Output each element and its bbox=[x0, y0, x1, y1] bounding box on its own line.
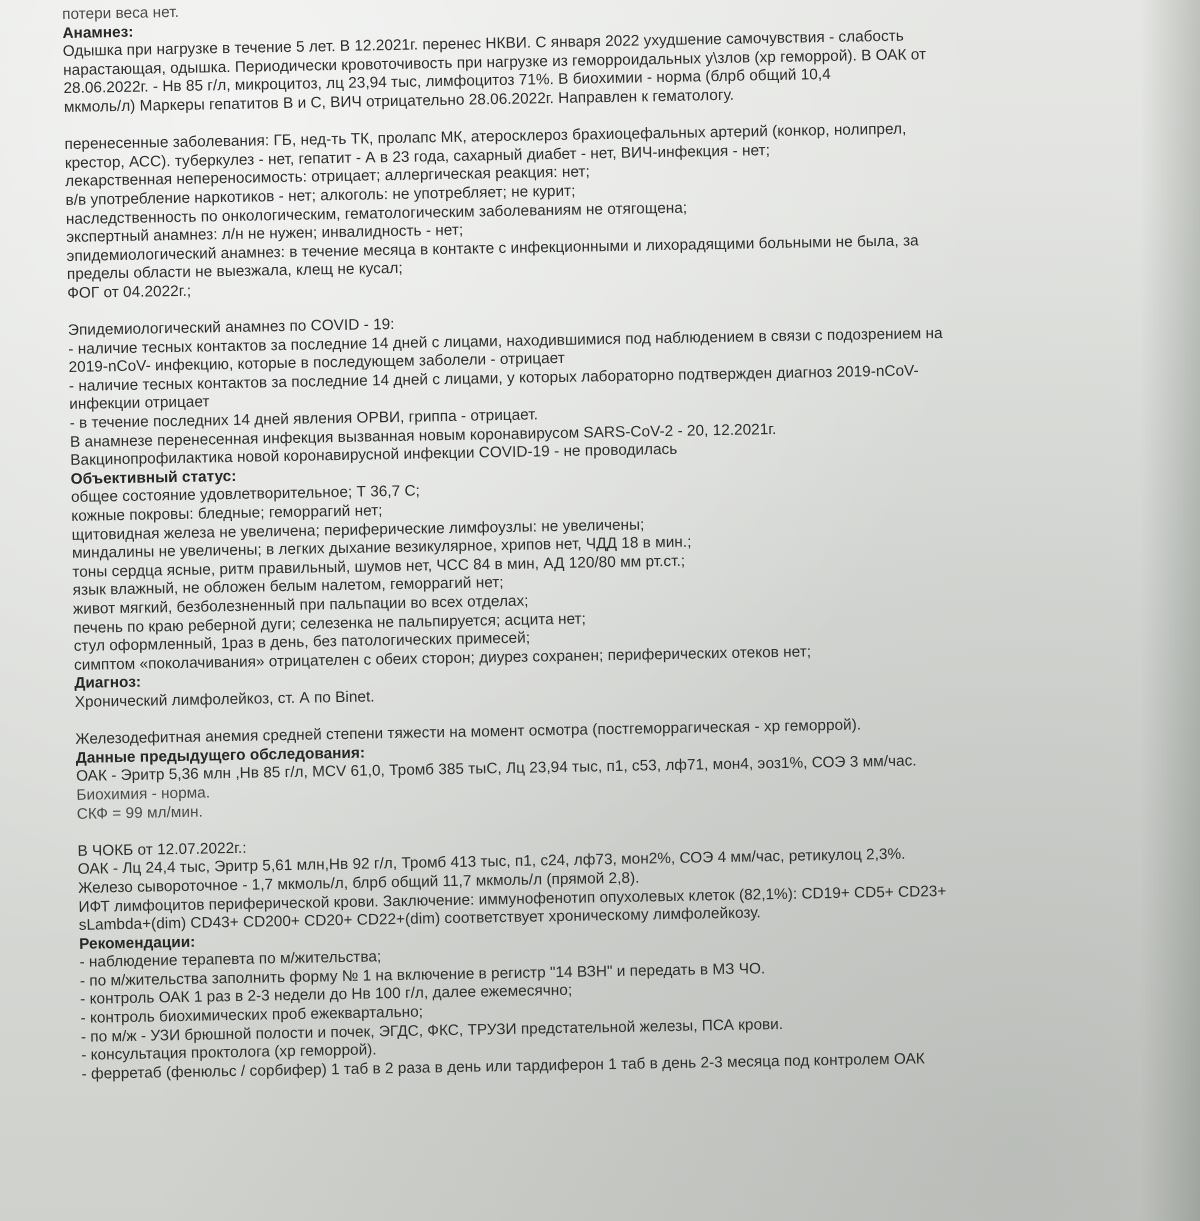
covid-section: Эпидемиологический анамнез по COVID - 19… bbox=[68, 302, 1181, 471]
recommendations-section: Рекомендации: - наблюдение терапевта по … bbox=[79, 915, 1192, 1084]
objective-status-section: Объективный статус: общее состояние удов… bbox=[71, 450, 1185, 675]
document-photo: потери веса нет. Анамнез: Одышка при наг… bbox=[0, 0, 1200, 1221]
history-section: перенесенные заболевания: ГБ, нед-ть ТК,… bbox=[64, 116, 1177, 304]
document-text: потери веса нет. Анамнез: Одышка при наг… bbox=[62, 0, 1192, 1084]
